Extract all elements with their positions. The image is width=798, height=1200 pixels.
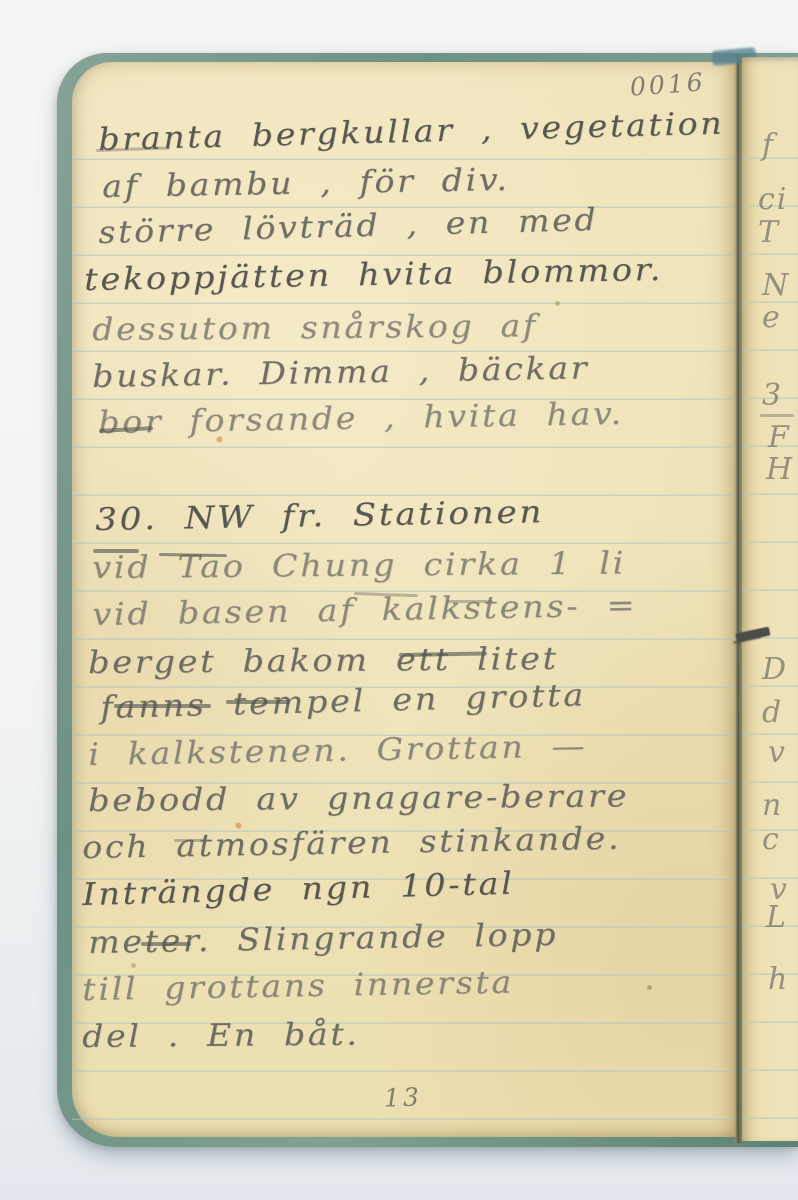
page-number: 13 [384,1082,423,1112]
handwriting-fragment: n [762,788,783,823]
handwriting-fragment: T [758,215,780,250]
handwriting-line: berget bakom ett litet [88,644,559,679]
pencil-crossbar-tempel [226,700,290,704]
handwriting-line: i kalkstenen. Grottan — [88,731,588,771]
handwriting-line: bor forsande , hvita hav. [98,399,624,439]
paper-specks [0,0,3,3]
pencil-underline-li [447,600,493,603]
handwriting-fragment: F [768,420,791,455]
handwriting-line: af bambu , för div. [102,165,510,203]
pencil-underline-30 [93,549,139,553]
handwriting-line: vid basen af kalkstens- = [92,590,638,631]
pencil-underline-bebodd [174,839,206,842]
handwriting-line: dessutom snårskog af [92,311,538,346]
handwriting-fragment: 3 [762,378,783,413]
pencil-crossbar-meter [141,942,191,946]
handwriting-line: buskar. Dimma , bäckar [92,353,589,393]
handwriting-line: 30. NW fr. Stationen [95,497,544,536]
handwriting-fragment: f [762,128,775,163]
handwriting-fragment: ci [758,182,788,217]
handwriting-fragment: h [768,962,789,997]
handwriting-line: bebodd av gnagare-berare [88,781,629,817]
handwriting-fragment: H [766,452,794,487]
handwriting-fragment: D [762,652,788,687]
handwriting-fragment: c [762,822,781,857]
handwriting-line: och atmosfären stinkande. [82,824,621,864]
folio-number: 0016 [629,67,706,101]
pencil-underline-fragment [760,414,794,417]
handwriting-fragment: v [768,735,787,770]
handwriting-line: till grottans innersta [82,967,514,1006]
pencil-underline-berget [114,704,211,708]
handwriting-fragment: L [766,900,788,935]
handwriting-line: meter. Slingrande lopp [88,920,558,959]
handwriting-fragment: e [762,300,782,335]
handwriting-fragment: N [762,268,790,303]
handwriting-fragment: d [762,695,783,730]
handwriting-line: del . En båt. [82,1020,360,1053]
notebook-scan: 0016 13 branta bergkullar , vegetation a… [0,0,798,1200]
